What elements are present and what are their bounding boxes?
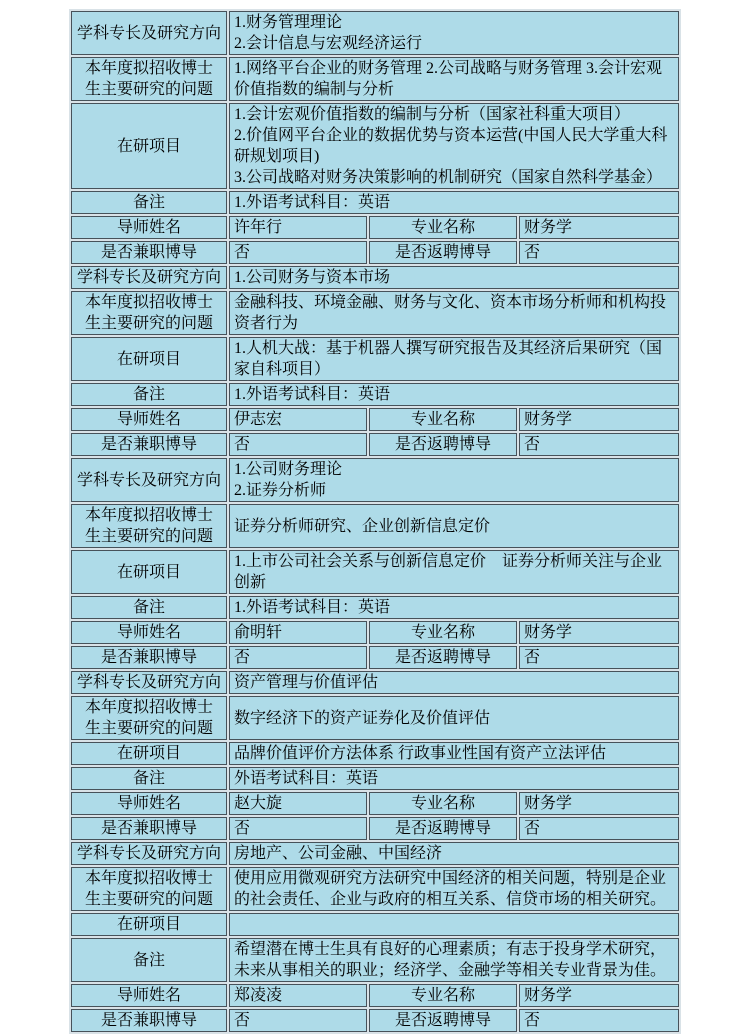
document-page: 学科专长及研究方向1.财务管理理论 2.会计信息与宏观经济运行本年度拟招收博士 … <box>0 0 752 1035</box>
table-row: 是否兼职博导否是否返聘博导否 <box>71 646 679 669</box>
part-time-value: 否 <box>229 433 367 456</box>
advisor-name-label: 导师姓名 <box>71 621 227 644</box>
table-row: 本年度拟招收博士 生主要研究的问题数字经济下的资产证券化及价值评估 <box>71 696 679 740</box>
part-time-label: 是否兼职博导 <box>71 433 227 456</box>
topics-label: 本年度拟招收博士 生主要研究的问题 <box>71 867 227 911</box>
projects-value <box>229 913 679 936</box>
table-row: 学科专长及研究方向1.财务管理理论 2.会计信息与宏观经济运行 <box>71 11 679 55</box>
table-row: 备注1.外语考试科目：英语 <box>71 191 679 214</box>
advisor-info-table: 学科专长及研究方向1.财务管理理论 2.会计信息与宏观经济运行本年度拟招收博士 … <box>69 9 681 1034</box>
table-row: 备注外语考试科目：英语 <box>71 767 679 790</box>
topics-label: 本年度拟招收博士 生主要研究的问题 <box>71 291 227 335</box>
specialty-value: 资产管理与价值评估 <box>229 671 679 694</box>
topics-label: 本年度拟招收博士 生主要研究的问题 <box>71 504 227 548</box>
rehired-value: 否 <box>519 817 679 840</box>
remarks-label: 备注 <box>71 191 227 214</box>
topics-value: 使用应用微观研究方法研究中国经济的相关问题，特别是企业的社会责任、企业与政府的相… <box>229 867 679 911</box>
rehired-label: 是否返聘博导 <box>369 433 517 456</box>
table-row: 在研项目1.上市公司社会关系与创新信息定价 证券分析师关注与企业创新 <box>71 550 679 594</box>
remarks-value: 1.外语考试科目：英语 <box>229 191 679 214</box>
rehired-label: 是否返聘博导 <box>369 817 517 840</box>
major-label: 专业名称 <box>369 621 517 644</box>
remarks-value: 1.外语考试科目：英语 <box>229 596 679 619</box>
remarks-value: 希望潜在博士生具有良好的心理素质；有志于投身学术研究，未来从事相关的职业；经济学… <box>229 938 679 982</box>
advisor-name-label: 导师姓名 <box>71 984 227 1007</box>
major-value: 财务学 <box>519 984 679 1007</box>
major-value: 财务学 <box>519 792 679 815</box>
topics-value: 数字经济下的资产证券化及价值评估 <box>229 696 679 740</box>
table-row: 导师姓名俞明轩专业名称财务学 <box>71 621 679 644</box>
remarks-label: 备注 <box>71 938 227 982</box>
rehired-label: 是否返聘博导 <box>369 1009 517 1032</box>
projects-value: 1.上市公司社会关系与创新信息定价 证券分析师关注与企业创新 <box>229 550 679 594</box>
advisor-name-value: 赵大旋 <box>229 792 367 815</box>
table-row: 备注1.外语考试科目：英语 <box>71 383 679 406</box>
table-row: 导师姓名郑凌凌专业名称财务学 <box>71 984 679 1007</box>
remarks-value: 1.外语考试科目：英语 <box>229 383 679 406</box>
table-row: 本年度拟招收博士 生主要研究的问题使用应用微观研究方法研究中国经济的相关问题，特… <box>71 867 679 911</box>
table-row: 本年度拟招收博士 生主要研究的问题1.网络平台企业的财务管理 2.公司战略与财务… <box>71 57 679 101</box>
table-row: 学科专长及研究方向资产管理与价值评估 <box>71 671 679 694</box>
major-label: 专业名称 <box>369 408 517 431</box>
table-row: 在研项目品牌价值评价方法体系 行政事业性国有资产立法评估 <box>71 742 679 765</box>
specialty-value: 房地产、公司金融、中国经济 <box>229 842 679 865</box>
specialty-value: 1.财务管理理论 2.会计信息与宏观经济运行 <box>229 11 679 55</box>
topics-value: 1.网络平台企业的财务管理 2.公司战略与财务管理 3.会计宏观价值指数的编制与… <box>229 57 679 101</box>
major-label: 专业名称 <box>369 984 517 1007</box>
table-row: 导师姓名伊志宏专业名称财务学 <box>71 408 679 431</box>
specialty-label: 学科专长及研究方向 <box>71 11 227 55</box>
part-time-label: 是否兼职博导 <box>71 817 227 840</box>
table-row: 是否兼职博导否是否返聘博导否 <box>71 1009 679 1032</box>
projects-value: 1.人机大战：基于机器人撰写研究报告及其经济后果研究（国家自科项目） <box>229 337 679 381</box>
rehired-label: 是否返聘博导 <box>369 241 517 264</box>
major-label: 专业名称 <box>369 792 517 815</box>
specialty-value: 1.公司财务与资本市场 <box>229 266 679 289</box>
table-row: 在研项目 <box>71 913 679 936</box>
table-row: 导师姓名赵大旋专业名称财务学 <box>71 792 679 815</box>
table-row: 本年度拟招收博士 生主要研究的问题证券分析师研究、企业创新信息定价 <box>71 504 679 548</box>
table-row: 是否兼职博导否是否返聘博导否 <box>71 433 679 456</box>
advisor-name-value: 俞明轩 <box>229 621 367 644</box>
remarks-label: 备注 <box>71 383 227 406</box>
advisor-name-value: 许年行 <box>229 216 367 239</box>
major-label: 专业名称 <box>369 216 517 239</box>
projects-value: 1.会计宏观价值指数的编制与分析（国家社科重大项目） 2.价值网平台企业的数据优… <box>229 103 679 189</box>
specialty-value: 1.公司财务理论 2.证券分析师 <box>229 458 679 502</box>
part-time-value: 否 <box>229 241 367 264</box>
advisor-name-value: 郑凌凌 <box>229 984 367 1007</box>
topics-label: 本年度拟招收博士 生主要研究的问题 <box>71 696 227 740</box>
projects-label: 在研项目 <box>71 337 227 381</box>
table-row: 学科专长及研究方向1.公司财务与资本市场 <box>71 266 679 289</box>
table-row: 是否兼职博导否是否返聘博导否 <box>71 817 679 840</box>
projects-label: 在研项目 <box>71 550 227 594</box>
part-time-value: 否 <box>229 646 367 669</box>
rehired-value: 否 <box>519 241 679 264</box>
rehired-label: 是否返聘博导 <box>369 646 517 669</box>
part-time-label: 是否兼职博导 <box>71 1009 227 1032</box>
topics-value: 证券分析师研究、企业创新信息定价 <box>229 504 679 548</box>
part-time-value: 否 <box>229 1009 367 1032</box>
major-value: 财务学 <box>519 216 679 239</box>
table-row: 是否兼职博导否是否返聘博导否 <box>71 241 679 264</box>
rehired-value: 否 <box>519 433 679 456</box>
advisor-name-label: 导师姓名 <box>71 216 227 239</box>
table-row: 备注希望潜在博士生具有良好的心理素质；有志于投身学术研究，未来从事相关的职业；经… <box>71 938 679 982</box>
table-row: 导师姓名许年行专业名称财务学 <box>71 216 679 239</box>
remarks-value: 外语考试科目：英语 <box>229 767 679 790</box>
specialty-label: 学科专长及研究方向 <box>71 266 227 289</box>
projects-label: 在研项目 <box>71 103 227 189</box>
rehired-value: 否 <box>519 1009 679 1032</box>
remarks-label: 备注 <box>71 767 227 790</box>
topics-value: 金融科技、环境金融、财务与文化、资本市场分析师和机构投资者行为 <box>229 291 679 335</box>
remarks-label: 备注 <box>71 596 227 619</box>
part-time-label: 是否兼职博导 <box>71 646 227 669</box>
table-row: 学科专长及研究方向1.公司财务理论 2.证券分析师 <box>71 458 679 502</box>
advisor-name-label: 导师姓名 <box>71 408 227 431</box>
projects-label: 在研项目 <box>71 742 227 765</box>
table-row: 备注1.外语考试科目：英语 <box>71 596 679 619</box>
table-row: 在研项目1.会计宏观价值指数的编制与分析（国家社科重大项目） 2.价值网平台企业… <box>71 103 679 189</box>
table-row: 本年度拟招收博士 生主要研究的问题金融科技、环境金融、财务与文化、资本市场分析师… <box>71 291 679 335</box>
specialty-label: 学科专长及研究方向 <box>71 671 227 694</box>
table-row: 学科专长及研究方向房地产、公司金融、中国经济 <box>71 842 679 865</box>
major-value: 财务学 <box>519 408 679 431</box>
topics-label: 本年度拟招收博士 生主要研究的问题 <box>71 57 227 101</box>
specialty-label: 学科专长及研究方向 <box>71 842 227 865</box>
projects-value: 品牌价值评价方法体系 行政事业性国有资产立法评估 <box>229 742 679 765</box>
advisor-name-label: 导师姓名 <box>71 792 227 815</box>
specialty-label: 学科专长及研究方向 <box>71 458 227 502</box>
rehired-value: 否 <box>519 646 679 669</box>
advisor-name-value: 伊志宏 <box>229 408 367 431</box>
table-row: 在研项目1.人机大战：基于机器人撰写研究报告及其经济后果研究（国家自科项目） <box>71 337 679 381</box>
projects-label: 在研项目 <box>71 913 227 936</box>
major-value: 财务学 <box>519 621 679 644</box>
part-time-value: 否 <box>229 817 367 840</box>
part-time-label: 是否兼职博导 <box>71 241 227 264</box>
